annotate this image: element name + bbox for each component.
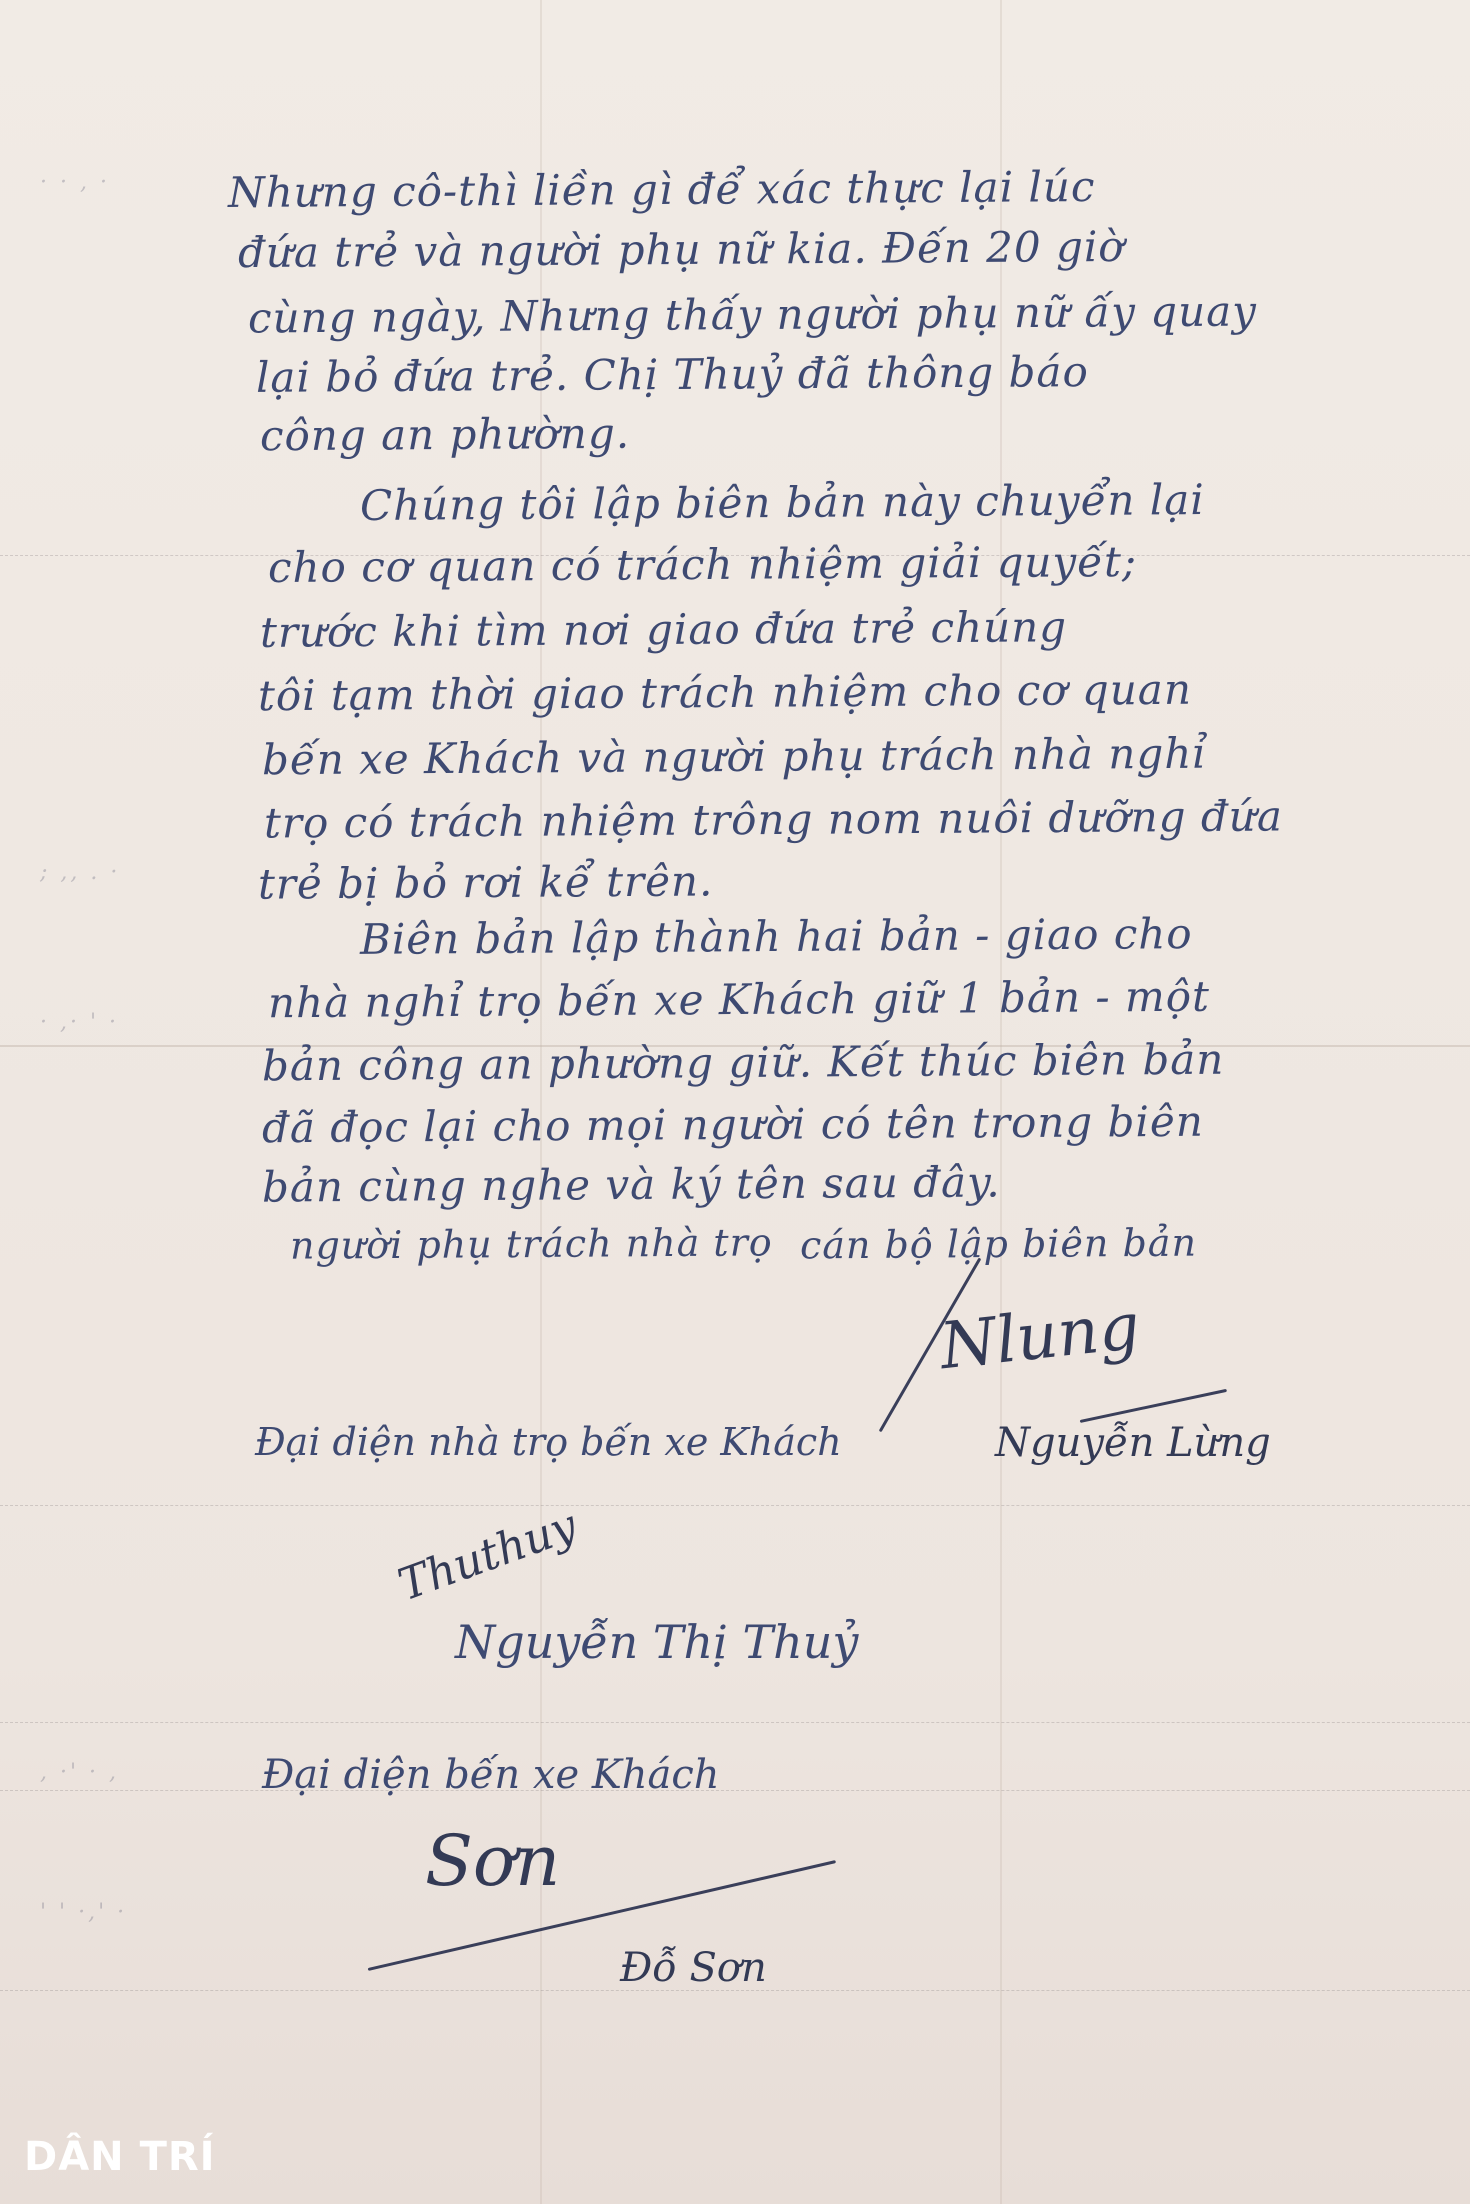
paper-sheet: · · , · ; ,, . · · ,· ' · , ·' · , ' ' ·… bbox=[0, 0, 1470, 2204]
text-line: bản cùng nghe và ký tên sau đây. bbox=[262, 1157, 1001, 1211]
text-line: công an phường. bbox=[260, 409, 630, 461]
closing-left: người phụ trách nhà trọ bbox=[290, 1220, 773, 1267]
signature-stroke bbox=[1080, 1389, 1227, 1423]
text-line: bến xe Khách và người phụ trách nhà nghỉ bbox=[262, 729, 1207, 785]
station-rep-name: Đỗ Sơn bbox=[620, 1945, 767, 1991]
ruled-line bbox=[0, 1505, 1470, 1507]
text-line: Nhưng cô-thì liền gì để xác thực lại lúc bbox=[228, 162, 1096, 217]
text-line: Chúng tôi lập biên bản này chuyển lại bbox=[360, 475, 1205, 530]
text-line: trẻ bị bỏ rơi kể trên. bbox=[258, 856, 714, 908]
lodging-rep-label: Đại diện nhà trọ bến xe Khách bbox=[255, 1420, 842, 1464]
ruled-line bbox=[0, 1790, 1470, 1792]
closing-right: cán bộ lập biên bản bbox=[800, 1221, 1197, 1268]
bleed-through-text: ' ' ·,' · bbox=[40, 1900, 127, 1925]
bleed-through-text: · ,· ' · bbox=[40, 1010, 119, 1035]
text-line: đứa trẻ và người phụ nữ kia. Đến 20 giờ bbox=[238, 222, 1125, 277]
text-line: bản công an phường giữ. Kết thúc biên bả… bbox=[262, 1035, 1225, 1091]
officer-name: Nguyễn Lừng bbox=[995, 1420, 1271, 1466]
officer-signature: Nlung bbox=[937, 1290, 1144, 1384]
text-line: lại bỏ đứa trẻ. Chị Thuỷ đã thông báo bbox=[256, 347, 1089, 402]
text-line: đã đọc lại cho mọi người có tên trong bi… bbox=[262, 1097, 1204, 1153]
text-line: trước khi tìm nơi giao đứa trẻ chúng bbox=[260, 602, 1067, 657]
text-line: tôi tạm thời giao trách nhiệm cho cơ qua… bbox=[258, 665, 1192, 721]
bleed-through-text: ; ,, . · bbox=[40, 860, 120, 885]
lodging-rep-name: Nguyễn Thị Thuỷ bbox=[455, 1615, 858, 1669]
text-line: cho cơ quan có trách nhiệm giải quyết; bbox=[268, 537, 1137, 592]
dantri-logo: DÂN TRÍ bbox=[24, 2134, 216, 2180]
text-line: nhà nghỉ trọ bến xe Khách giữ 1 bản - mộ… bbox=[268, 972, 1210, 1028]
station-rep-label: Đại diện bến xe Khách bbox=[262, 1752, 719, 1798]
bleed-through-text: , ·' · , bbox=[40, 1760, 119, 1785]
lodging-rep-signature: Thuthuy bbox=[392, 1500, 584, 1611]
text-line: Biên bản lập thành hai bản - giao cho bbox=[360, 909, 1193, 964]
text-line: trọ có trách nhiệm trông nom nuôi dưỡng … bbox=[264, 791, 1283, 847]
station-rep-signature: Sơn bbox=[425, 1820, 560, 1902]
ruled-line bbox=[0, 1722, 1470, 1724]
text-line: cùng ngày, Nhưng thấy người phụ nữ ấy qu… bbox=[248, 286, 1257, 342]
bleed-through-text: · · , · bbox=[40, 170, 110, 195]
